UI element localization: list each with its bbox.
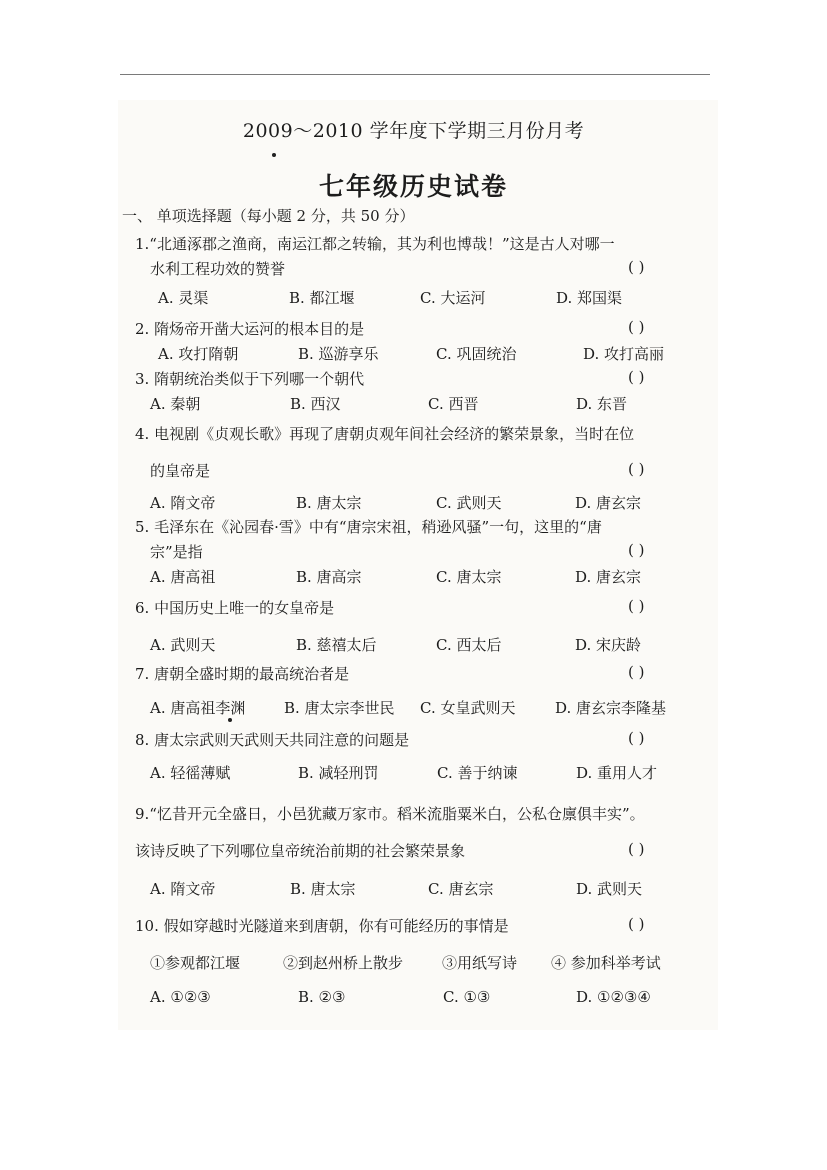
question-9-line-2: 该诗反映了下列哪位皇帝统治前期的社会繁荣景象 [135,840,465,861]
q1-option-b: B. 都江堰 [289,287,355,308]
answer-bracket-9: ( ) [628,840,644,858]
q7-option-c: C. 女皇武则天 [420,697,515,718]
paper-title: 七年级历史试卷 [0,167,827,203]
answer-bracket-6: ( ) [628,597,644,615]
q10-option-d: D. ①②③④ [576,988,651,1006]
q4-option-d: D. 唐玄宗 [575,492,641,513]
q2-option-b: B. 巡游享乐 [298,343,379,364]
question-4-line-1: 4. 电视剧《贞观长歌》再现了唐朝贞观年间社会经济的繁荣景象，当时在位 [135,423,634,444]
q6-option-c: C. 西太后 [436,634,501,655]
question-1-line-1: 1.“北通涿郡之渔商，南运江都之转输，其为利也博哉！”这是古人对哪一 [135,233,615,254]
answer-bracket-1: ( ) [628,258,644,276]
q5-option-a: A. 唐高祖 [150,566,215,587]
q3-option-d: D. 东晋 [576,393,627,414]
q9-option-c: C. 唐玄宗 [428,878,493,899]
q9-option-b: B. 唐太宗 [290,878,356,899]
answer-bracket-8: ( ) [628,729,644,747]
q4-option-b: B. 唐太宗 [296,492,362,513]
q10-option-a: A. ①②③ [150,988,211,1006]
top-rule [120,74,710,75]
q9-option-d: D. 武则天 [576,878,642,899]
q5-option-d: D. 唐玄宗 [575,566,641,587]
question-6-line-1: 6. 中国历史上唯一的女皇帝是 [135,597,334,618]
q3-option-c: C. 西晋 [428,393,478,414]
q9-option-a: A. 隋文帝 [150,878,215,899]
answer-bracket-4: ( ) [628,460,644,478]
q5-option-c: C. 唐太宗 [436,566,501,587]
q6-option-a: A. 武则天 [150,634,215,655]
answer-bracket-2: ( ) [628,318,644,336]
q4-option-c: C. 武则天 [436,492,501,513]
section-heading: 一、 单项选择题（每小题 2 分，共 50 分） [122,205,414,226]
q1-option-a: A. 灵渠 [158,287,208,308]
q10-item-4: ④ 参加科举考试 [551,952,661,973]
q10-item-1: ①参观都江堰 [150,952,240,973]
q8-option-d: D. 重用人才 [576,762,657,783]
scan-speck [228,718,232,722]
q4-option-a: A. 隋文帝 [150,492,215,513]
question-7-line-1: 7. 唐朝全盛时期的最高统治者是 [135,663,349,684]
answer-bracket-3: ( ) [628,368,644,386]
exam-title: 2009～2010 学年度下学期三月份月考 [0,116,827,143]
q5-option-b: B. 唐高宗 [296,566,362,587]
question-5-line-2: 宗”是指 [150,541,203,562]
question-5-line-1: 5. 毛泽东在《沁园春·雪》中有“唐宗宋祖，稍逊风骚”一句，这里的“唐 [135,516,602,537]
question-2-line-1: 2. 隋炀帝开凿大运河的根本目的是 [135,318,364,339]
q2-option-c: C. 巩固统治 [436,343,516,364]
question-9-line-1: 9.“忆昔开元全盛日，小邑犹藏万家市。稻米流脂粟米白，公私仓廪俱丰实”。 [135,803,645,824]
question-1-line-2: 水利工程功效的赞誉 [150,258,285,279]
q7-option-d: D. 唐玄宗李隆基 [555,697,666,718]
question-4-line-2: 的皇帝是 [150,460,210,481]
q6-option-d: D. 宋庆龄 [575,634,641,655]
q10-item-3: ③用纸写诗 [442,952,517,973]
answer-bracket-5: ( ) [628,541,644,559]
q8-option-a: A. 轻徭薄赋 [150,762,230,783]
q2-option-d: D. 攻打高丽 [583,343,664,364]
q7-option-a: A. 唐高祖李渊 [150,697,245,718]
q3-option-a: A. 秦朝 [150,393,200,414]
q1-option-c: C. 大运河 [420,287,485,308]
question-8-line-1: 8. 唐太宗武则天武则天共同注意的问题是 [135,729,409,750]
q8-option-b: B. 减轻刑罚 [298,762,379,783]
q6-option-b: B. 慈禧太后 [296,634,377,655]
q3-option-b: B. 西汉 [290,393,341,414]
q2-option-a: A. 攻打隋朝 [158,343,238,364]
answer-bracket-10: ( ) [628,915,644,933]
question-3-line-1: 3. 隋朝统治类似于下列哪一个朝代 [135,368,364,389]
q1-option-d: D. 郑国渠 [556,287,622,308]
scan-speck [272,153,276,157]
q10-item-2: ②到赵州桥上散步 [283,952,403,973]
q7-option-b: B. 唐太宗李世民 [284,697,395,718]
q8-option-c: C. 善于纳谏 [437,762,517,783]
answer-bracket-7: ( ) [628,663,644,681]
q10-option-c: C. ①③ [443,988,490,1006]
q10-option-b: B. ②③ [298,988,345,1006]
question-10-line-1: 10. 假如穿越时光隧道来到唐朝，你有可能经历的事情是 [135,915,509,936]
